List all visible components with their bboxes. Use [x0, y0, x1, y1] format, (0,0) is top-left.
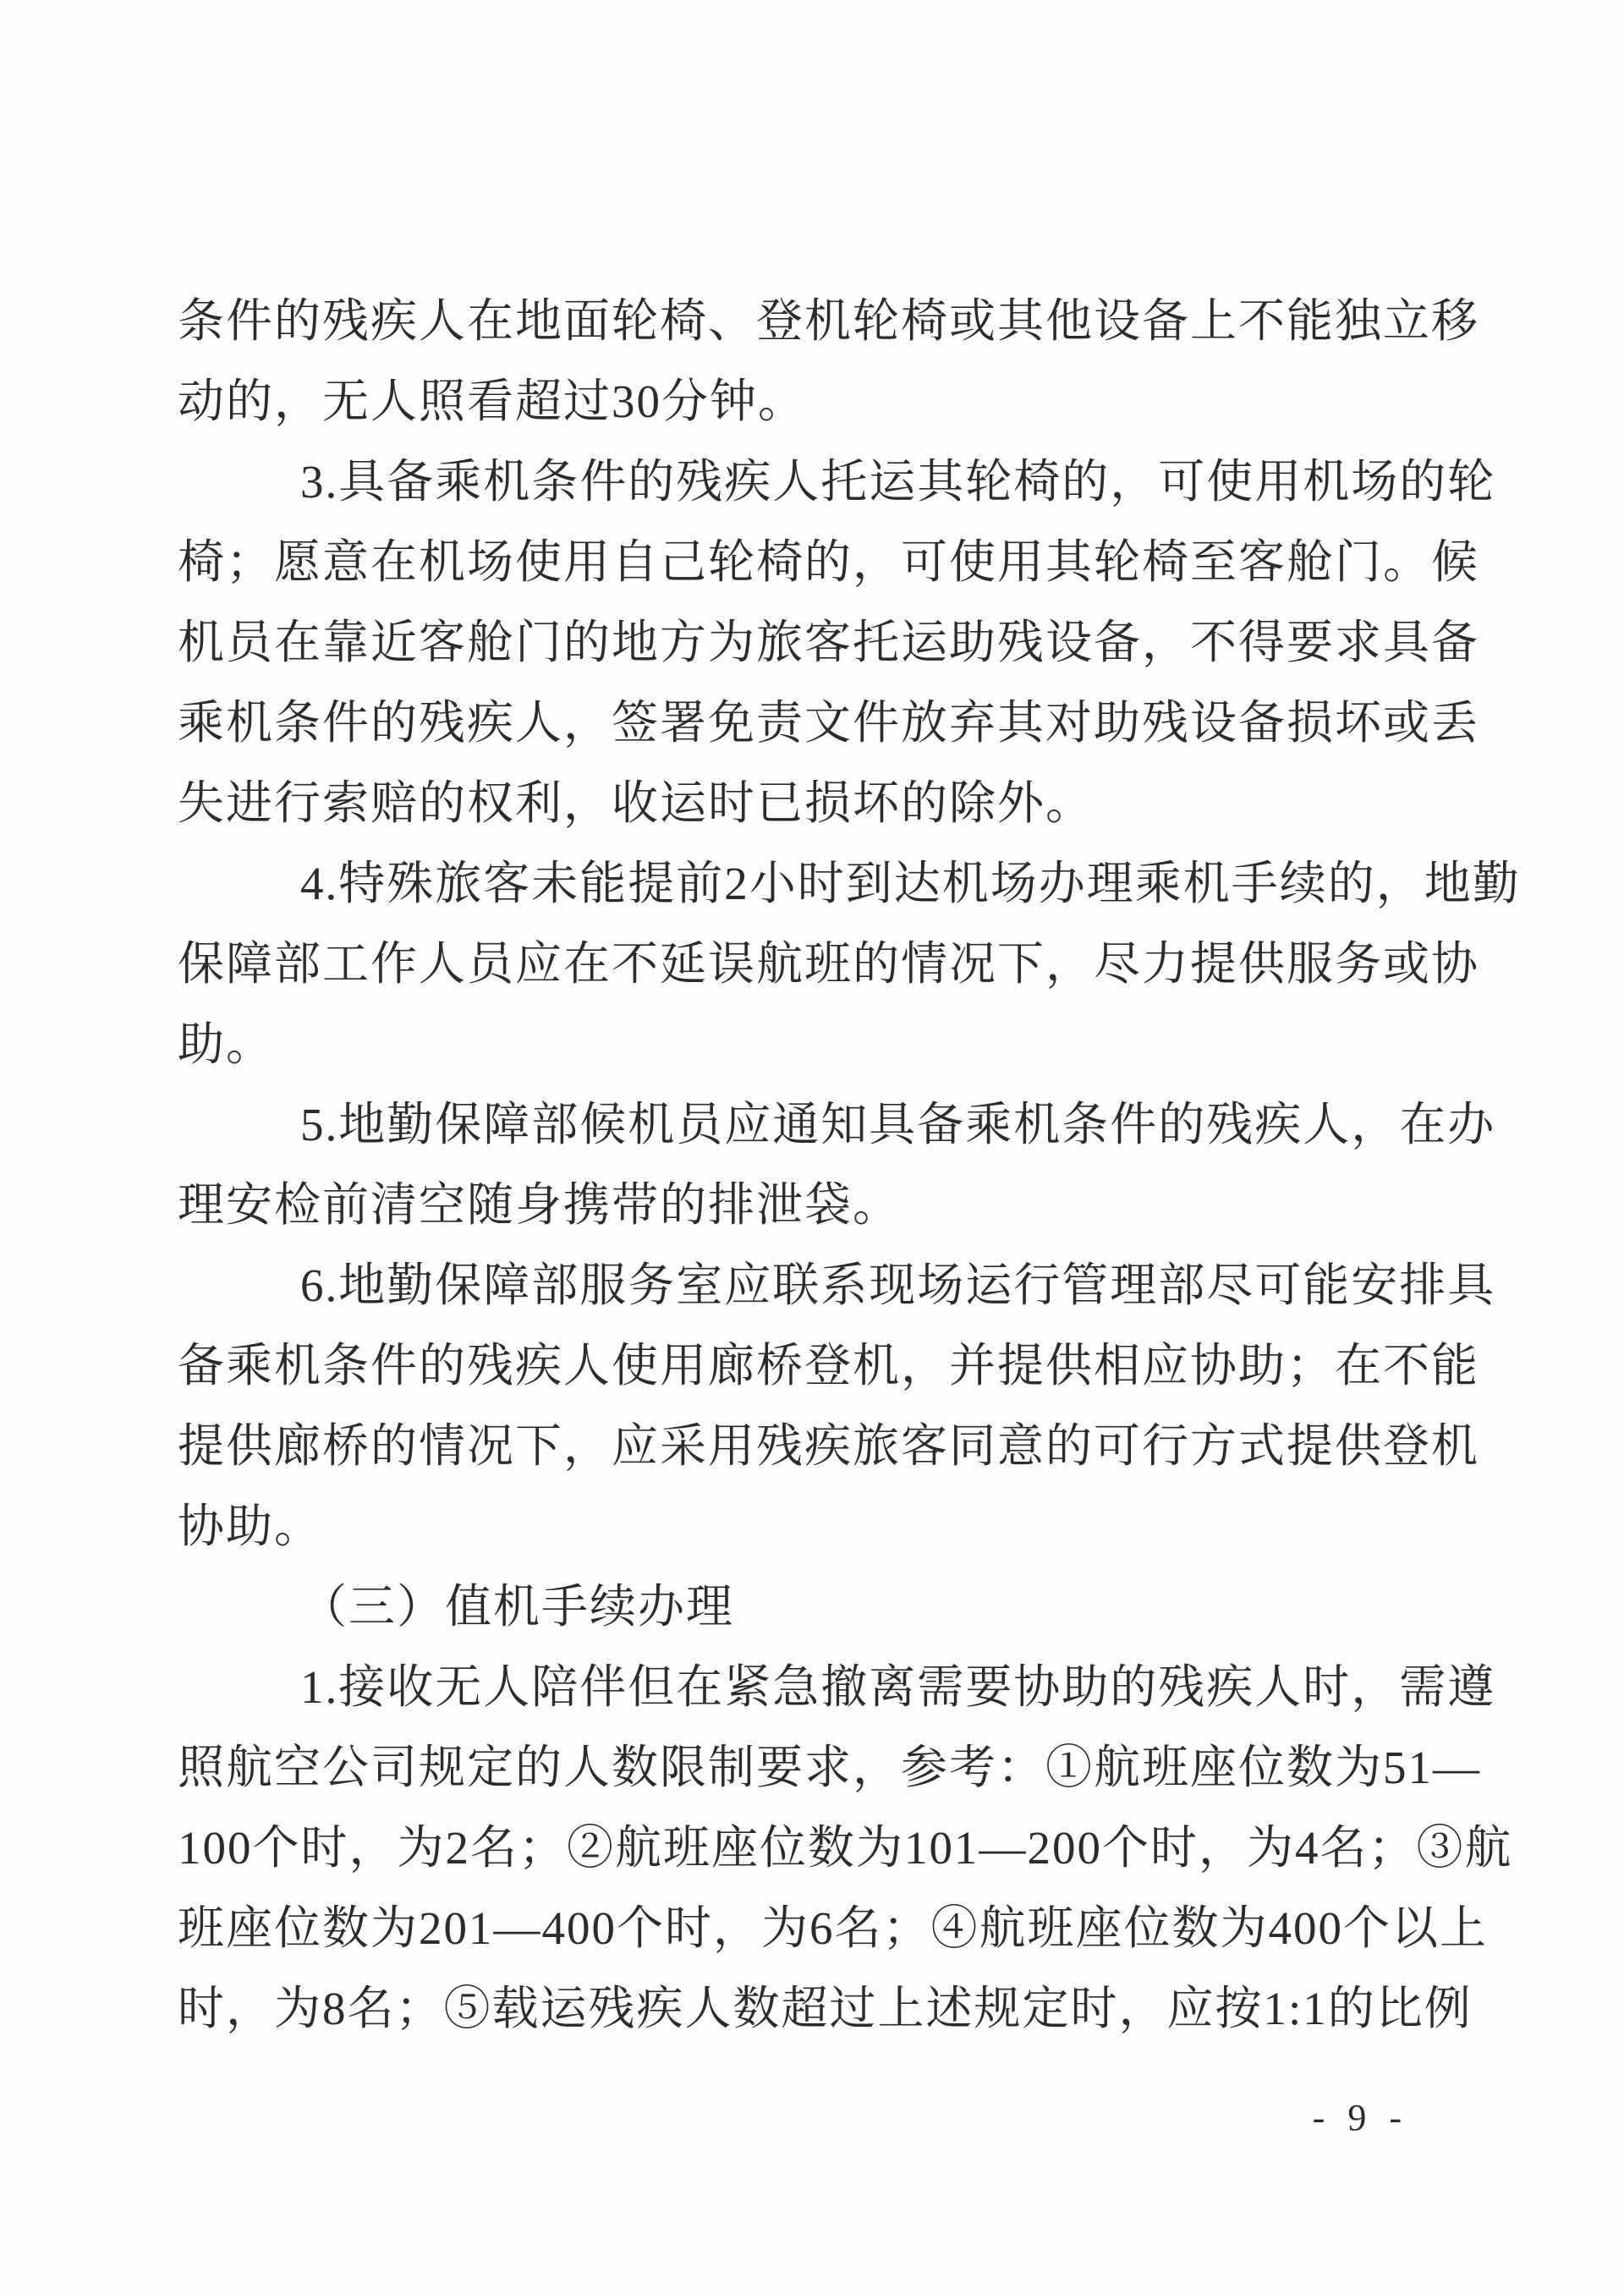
- text-line: 提供廊桥的情况下，应采用残疾旅客同意的可行方式提供登机: [178, 1406, 1472, 1486]
- page-number: - 9 -: [1313, 2096, 1408, 2139]
- text-line: 条件的残疾人在地面轮椅、登机轮椅或其他设备上不能独立移: [178, 281, 1472, 361]
- text-line-paragraph-start: 3.具备乘机条件的残疾人托运其轮椅的，可使用机场的轮: [178, 442, 1472, 522]
- text-line: 100个时，为2名；②航班座位数为101—200个时，为4名；③航: [178, 1808, 1472, 1888]
- text-line: 备乘机条件的残疾人使用廊桥登机，并提供相应协助；在不能: [178, 1325, 1472, 1406]
- text-line: 班座位数为201—400个时，为6名；④航班座位数为400个以上: [178, 1888, 1472, 1968]
- document-page: 条件的残疾人在地面轮椅、登机轮椅或其他设备上不能独立移 动的，无人照看超过30分…: [0, 0, 1624, 2294]
- text-line-paragraph-start: 4.特殊旅客未能提前2小时到达机场办理乘机手续的，地勤: [178, 843, 1472, 924]
- text-line: 理安检前清空随身携带的排泄袋。: [178, 1165, 1472, 1245]
- text-line: 动的，无人照看超过30分钟。: [178, 361, 1472, 442]
- text-line: 乘机条件的残疾人，签署免责文件放弃其对助残设备损坏或丢: [178, 683, 1472, 763]
- text-line: 椅；愿意在机场使用自己轮椅的，可使用其轮椅至客舱门。候: [178, 522, 1472, 602]
- document-body-text: 条件的残疾人在地面轮椅、登机轮椅或其他设备上不能独立移 动的，无人照看超过30分…: [178, 281, 1472, 2049]
- text-line-paragraph-start: 1.接收无人陪伴但在紧急撤离需要协助的残疾人时，需遵: [178, 1647, 1472, 1727]
- text-line: 保障部工作人员应在不延误航班的情况下，尽力提供服务或协: [178, 924, 1472, 1004]
- text-line: 机员在靠近客舱门的地方为旅客托运助残设备，不得要求具备: [178, 602, 1472, 683]
- text-line: 时，为8名；⑤载运残疾人数超过上述规定时，应按1:1的比例: [178, 1968, 1472, 2049]
- section-heading: （三）值机手续办理: [178, 1567, 1472, 1647]
- text-line: 协助。: [178, 1486, 1472, 1567]
- text-line-paragraph-start: 6.地勤保障部服务室应联系现场运行管理部尽可能安排具: [178, 1245, 1472, 1325]
- text-line: 助。: [178, 1004, 1472, 1084]
- text-line: 照航空公司规定的人数限制要求，参考：①航班座位数为51—: [178, 1727, 1472, 1808]
- text-line-paragraph-start: 5.地勤保障部候机员应通知具备乘机条件的残疾人，在办: [178, 1084, 1472, 1165]
- text-line: 失进行索赔的权利，收运时已损坏的除外。: [178, 763, 1472, 843]
